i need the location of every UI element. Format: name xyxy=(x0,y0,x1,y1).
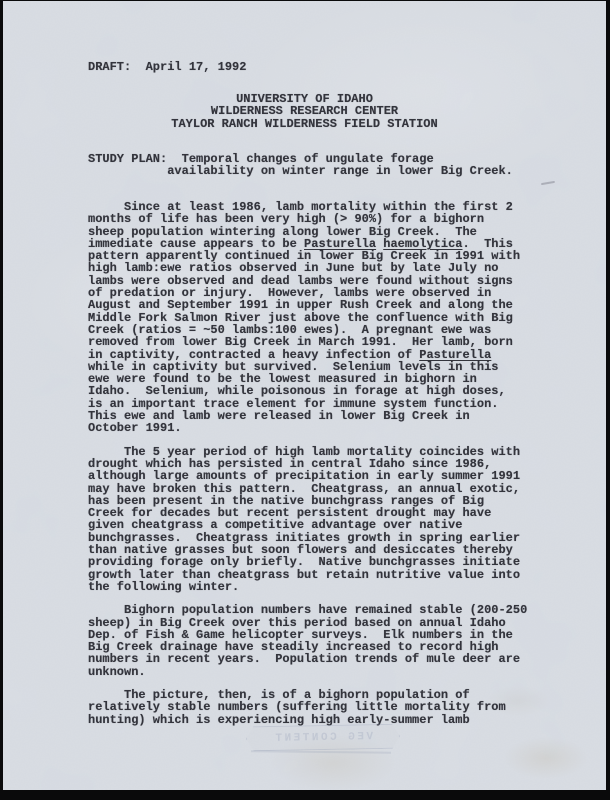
paper-page: DRAFT: April 17, 1992 UNIVERSITY OF IDAH… xyxy=(3,1,606,790)
stamp-text: VEG CONTENT xyxy=(273,731,373,745)
letterhead: UNIVERSITY OF IDAHO WILDERNESS RESEARCH … xyxy=(3,93,606,130)
text-line: unknown. xyxy=(88,666,527,678)
paragraph: Since at least 1986, lamb mortality with… xyxy=(88,201,527,435)
paragraph: The 5 year period of high lamb mortality… xyxy=(88,446,527,594)
letterhead-station: TAYLOR RANCH WILDERNESS FIELD STATION xyxy=(3,118,606,130)
study-plan-heading: STUDY PLAN: Temporal changes of ungulate… xyxy=(88,153,513,178)
paragraph: Bighorn population numbers have remained… xyxy=(88,604,527,678)
bleed-through-stamp: VEG CONTENT xyxy=(246,724,400,752)
text-line: availability on winter range in lower Bi… xyxy=(88,165,513,177)
scanned-document: DRAFT: April 17, 1992 UNIVERSITY OF IDAH… xyxy=(0,0,610,800)
pencil-mark xyxy=(541,181,555,185)
paragraph: The picture, then, is of a bighorn popul… xyxy=(88,689,527,726)
stamp-underline xyxy=(251,750,391,753)
text-line: the following winter. xyxy=(88,581,527,593)
text-line: hunting) which is experiencing high earl… xyxy=(88,714,527,726)
text-line: October 1991. xyxy=(88,422,527,434)
letterhead-center: WILDERNESS RESEARCH CENTER xyxy=(3,105,606,117)
text-line: numbers in recent years. Population tren… xyxy=(88,653,527,665)
draft-date-line: DRAFT: April 17, 1992 xyxy=(88,61,246,73)
document-body: Since at least 1986, lamb mortality with… xyxy=(88,201,527,737)
